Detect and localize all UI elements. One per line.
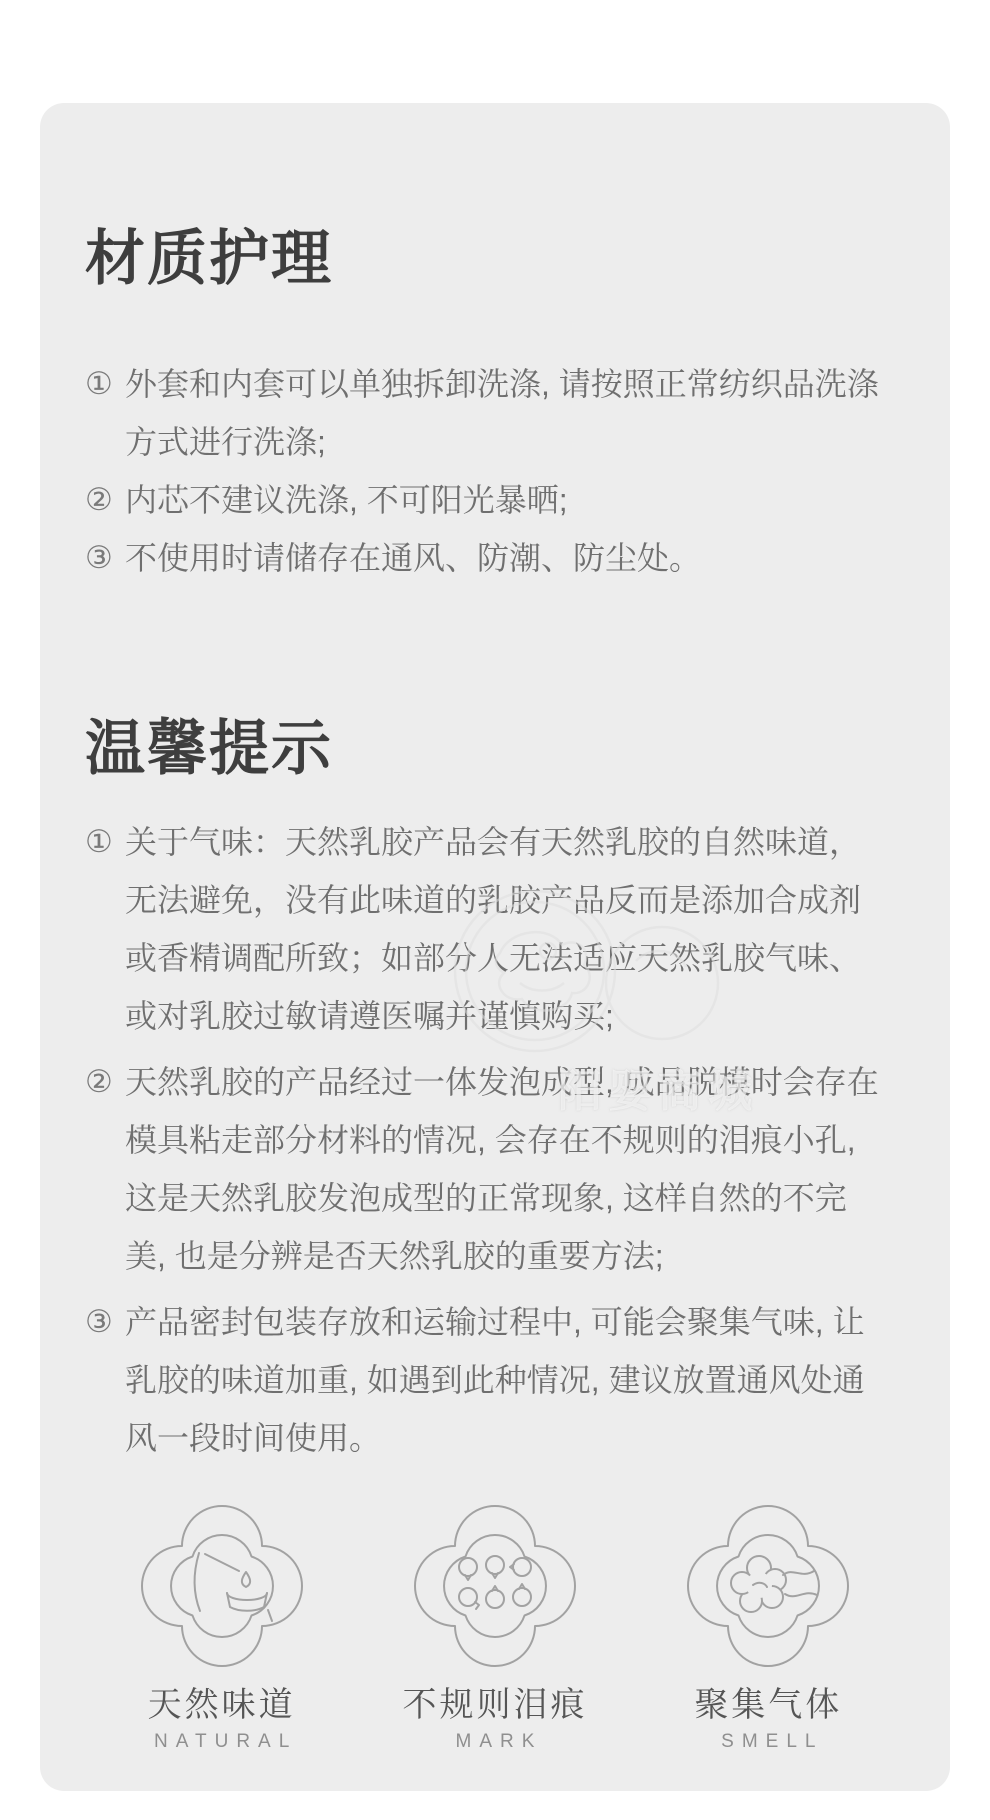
item-number: ①	[85, 813, 125, 871]
item-text: 关于气味：天然乳胶产品会有天然乳胶的自然味道， 无法避免，没有此味道的乳胶产品反…	[125, 813, 905, 1045]
item-number: ②	[85, 471, 125, 529]
item-text: 天然乳胶的产品经过一体发泡成型, 成品脱模时会存在 模具粘走部分材料的情况, 会…	[125, 1053, 905, 1285]
badge-label-en: NATURAL	[146, 1732, 297, 1752]
item-number: ③	[85, 1293, 125, 1351]
list-item: ① 外套和内套可以单独拆卸洗涤, 请按照正常纺织品洗涤 方式进行洗涤;	[85, 355, 905, 471]
section-heading-warm-tips: 温馨提示	[85, 713, 905, 785]
feature-badges-row: 天然味道 NATURAL 不规则泪痕 MARK	[85, 1501, 905, 1752]
badge-natural-smell: 天然味道 NATURAL	[85, 1501, 358, 1752]
list-item: ③ 不使用时请储存在通风、防潮、防尘处。	[85, 529, 905, 587]
badge-label-cn: 不规则泪痕	[402, 1687, 587, 1723]
list-item: ① 关于气味：天然乳胶产品会有天然乳胶的自然味道， 无法避免，没有此味道的乳胶产…	[85, 813, 905, 1045]
badge-label-en: SMELL	[713, 1732, 823, 1752]
item-text: 产品密封包装存放和运输过程中, 可能会聚集气味, 让 乳胶的味道加重, 如遇到此…	[125, 1293, 905, 1467]
tear-marks-icon	[410, 1501, 580, 1671]
item-number: ③	[85, 529, 125, 587]
list-item: ③ 产品密封包装存放和运输过程中, 可能会聚集气味, 让 乳胶的味道加重, 如遇…	[85, 1293, 905, 1467]
material-care-list: ① 外套和内套可以单独拆卸洗涤, 请按照正常纺织品洗涤 方式进行洗涤; ② 内芯…	[85, 355, 905, 587]
latex-dripping-icon	[137, 1501, 307, 1671]
list-item: ② 天然乳胶的产品经过一体发泡成型, 成品脱模时会存在 模具粘走部分材料的情况,…	[85, 1053, 905, 1285]
section-heading-material-care: 材质护理	[85, 223, 905, 295]
item-number: ②	[85, 1053, 125, 1111]
item-number: ①	[85, 355, 125, 413]
warm-tips-list: ① 关于气味：天然乳胶产品会有天然乳胶的自然味道， 无法避免，没有此味道的乳胶产…	[85, 813, 905, 1467]
gas-smell-icon	[683, 1501, 853, 1671]
item-text: 外套和内套可以单独拆卸洗涤, 请按照正常纺织品洗涤 方式进行洗涤;	[125, 355, 905, 471]
badge-label-cn: 聚集气体	[694, 1687, 842, 1723]
badge-label-en: MARK	[448, 1732, 543, 1752]
item-text: 不使用时请储存在通风、防潮、防尘处。	[125, 529, 905, 587]
item-text: 内芯不建议洗涤, 不可阳光暴晒;	[125, 471, 905, 529]
badge-irregular-marks: 不规则泪痕 MARK	[358, 1501, 631, 1752]
list-item: ② 内芯不建议洗涤, 不可阳光暴晒;	[85, 471, 905, 529]
badge-gathered-gas: 聚集气体 SMELL	[632, 1501, 905, 1752]
badge-label-cn: 天然味道	[148, 1687, 296, 1723]
content-card: 阳婴商城 材质护理 ① 外套和内套可以单独拆卸洗涤, 请按照正常纺织品洗涤 方式…	[40, 103, 950, 1791]
